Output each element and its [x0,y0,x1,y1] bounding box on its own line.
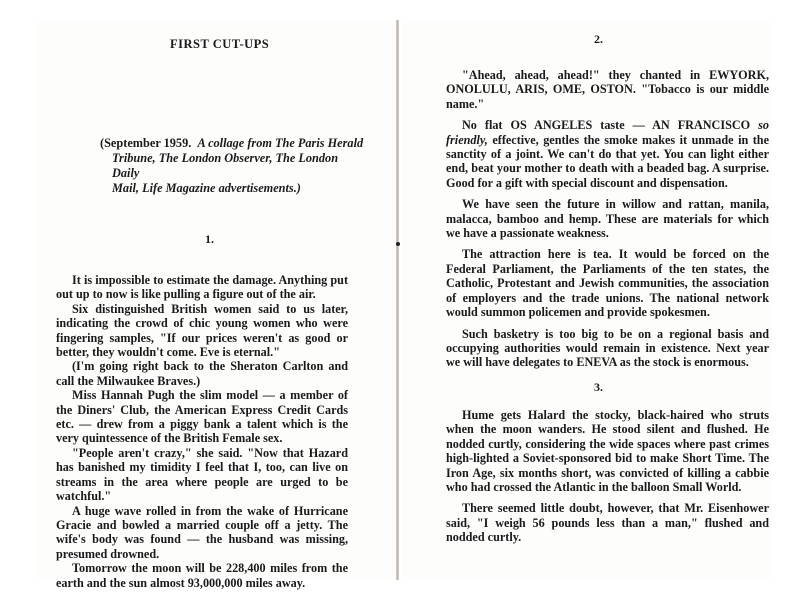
paragraph: We have seen the future in willow and ra… [446,197,769,240]
subtitle-collage-line3: Mail, Life Magazine advertisements.) [100,181,364,196]
paragraph: No flat OS ANGELES taste — AN FRANCISCO … [446,118,769,190]
section-3-body: Hume gets Halard the stocky, black-haire… [446,408,769,552]
subtitle-collage-line1: A collage from The Paris Herald [197,136,363,150]
section-number-3: 3. [594,380,603,395]
paragraph: "People aren't crazy," she said. "Now th… [56,446,348,504]
section-number-2: 2. [594,32,603,47]
book-gutter [396,20,399,580]
paragraph: The attraction here is tea. It would be … [446,247,769,319]
paragraph: It is impossible to estimate the damage.… [56,273,348,302]
paragraph: (I'm going right back to the Sheraton Ca… [56,359,348,388]
section-2-body: "Ahead, ahead, ahead!" they chanted in E… [446,68,769,377]
subtitle-date: (September 1959. [100,136,191,150]
paragraph: A huge wave rolled in from the wake of H… [56,504,348,562]
paragraph: "Ahead, ahead, ahead!" they chanted in E… [446,68,769,111]
paragraph-text: effective, gentles the smoke makes it un… [446,133,769,190]
paragraph: There seemed little doubt, however, that… [446,501,769,544]
paragraph-text: No flat OS ANGELES taste — AN FRANCISCO [462,118,758,132]
section-number-1: 1. [205,232,214,247]
gutter-mark [396,242,400,246]
paragraph: Tomorrow the moon will be 228,400 miles … [56,561,348,590]
subtitle-collage-line2: Tribune, The London Observer, The London… [100,151,364,181]
section-1-body: It is impossible to estimate the damage.… [56,273,348,590]
chapter-subtitle: (September 1959. A collage from The Pari… [100,136,364,196]
paragraph: Miss Hannah Pugh the slim model — a memb… [56,388,348,446]
chapter-title: FIRST CUT-UPS [170,37,269,52]
paragraph: Hume gets Halard the stocky, black-haire… [446,408,769,494]
paragraph: Six distinguished British women said to … [56,302,348,360]
paragraph: Such basketry is too big to be on a regi… [446,327,769,370]
